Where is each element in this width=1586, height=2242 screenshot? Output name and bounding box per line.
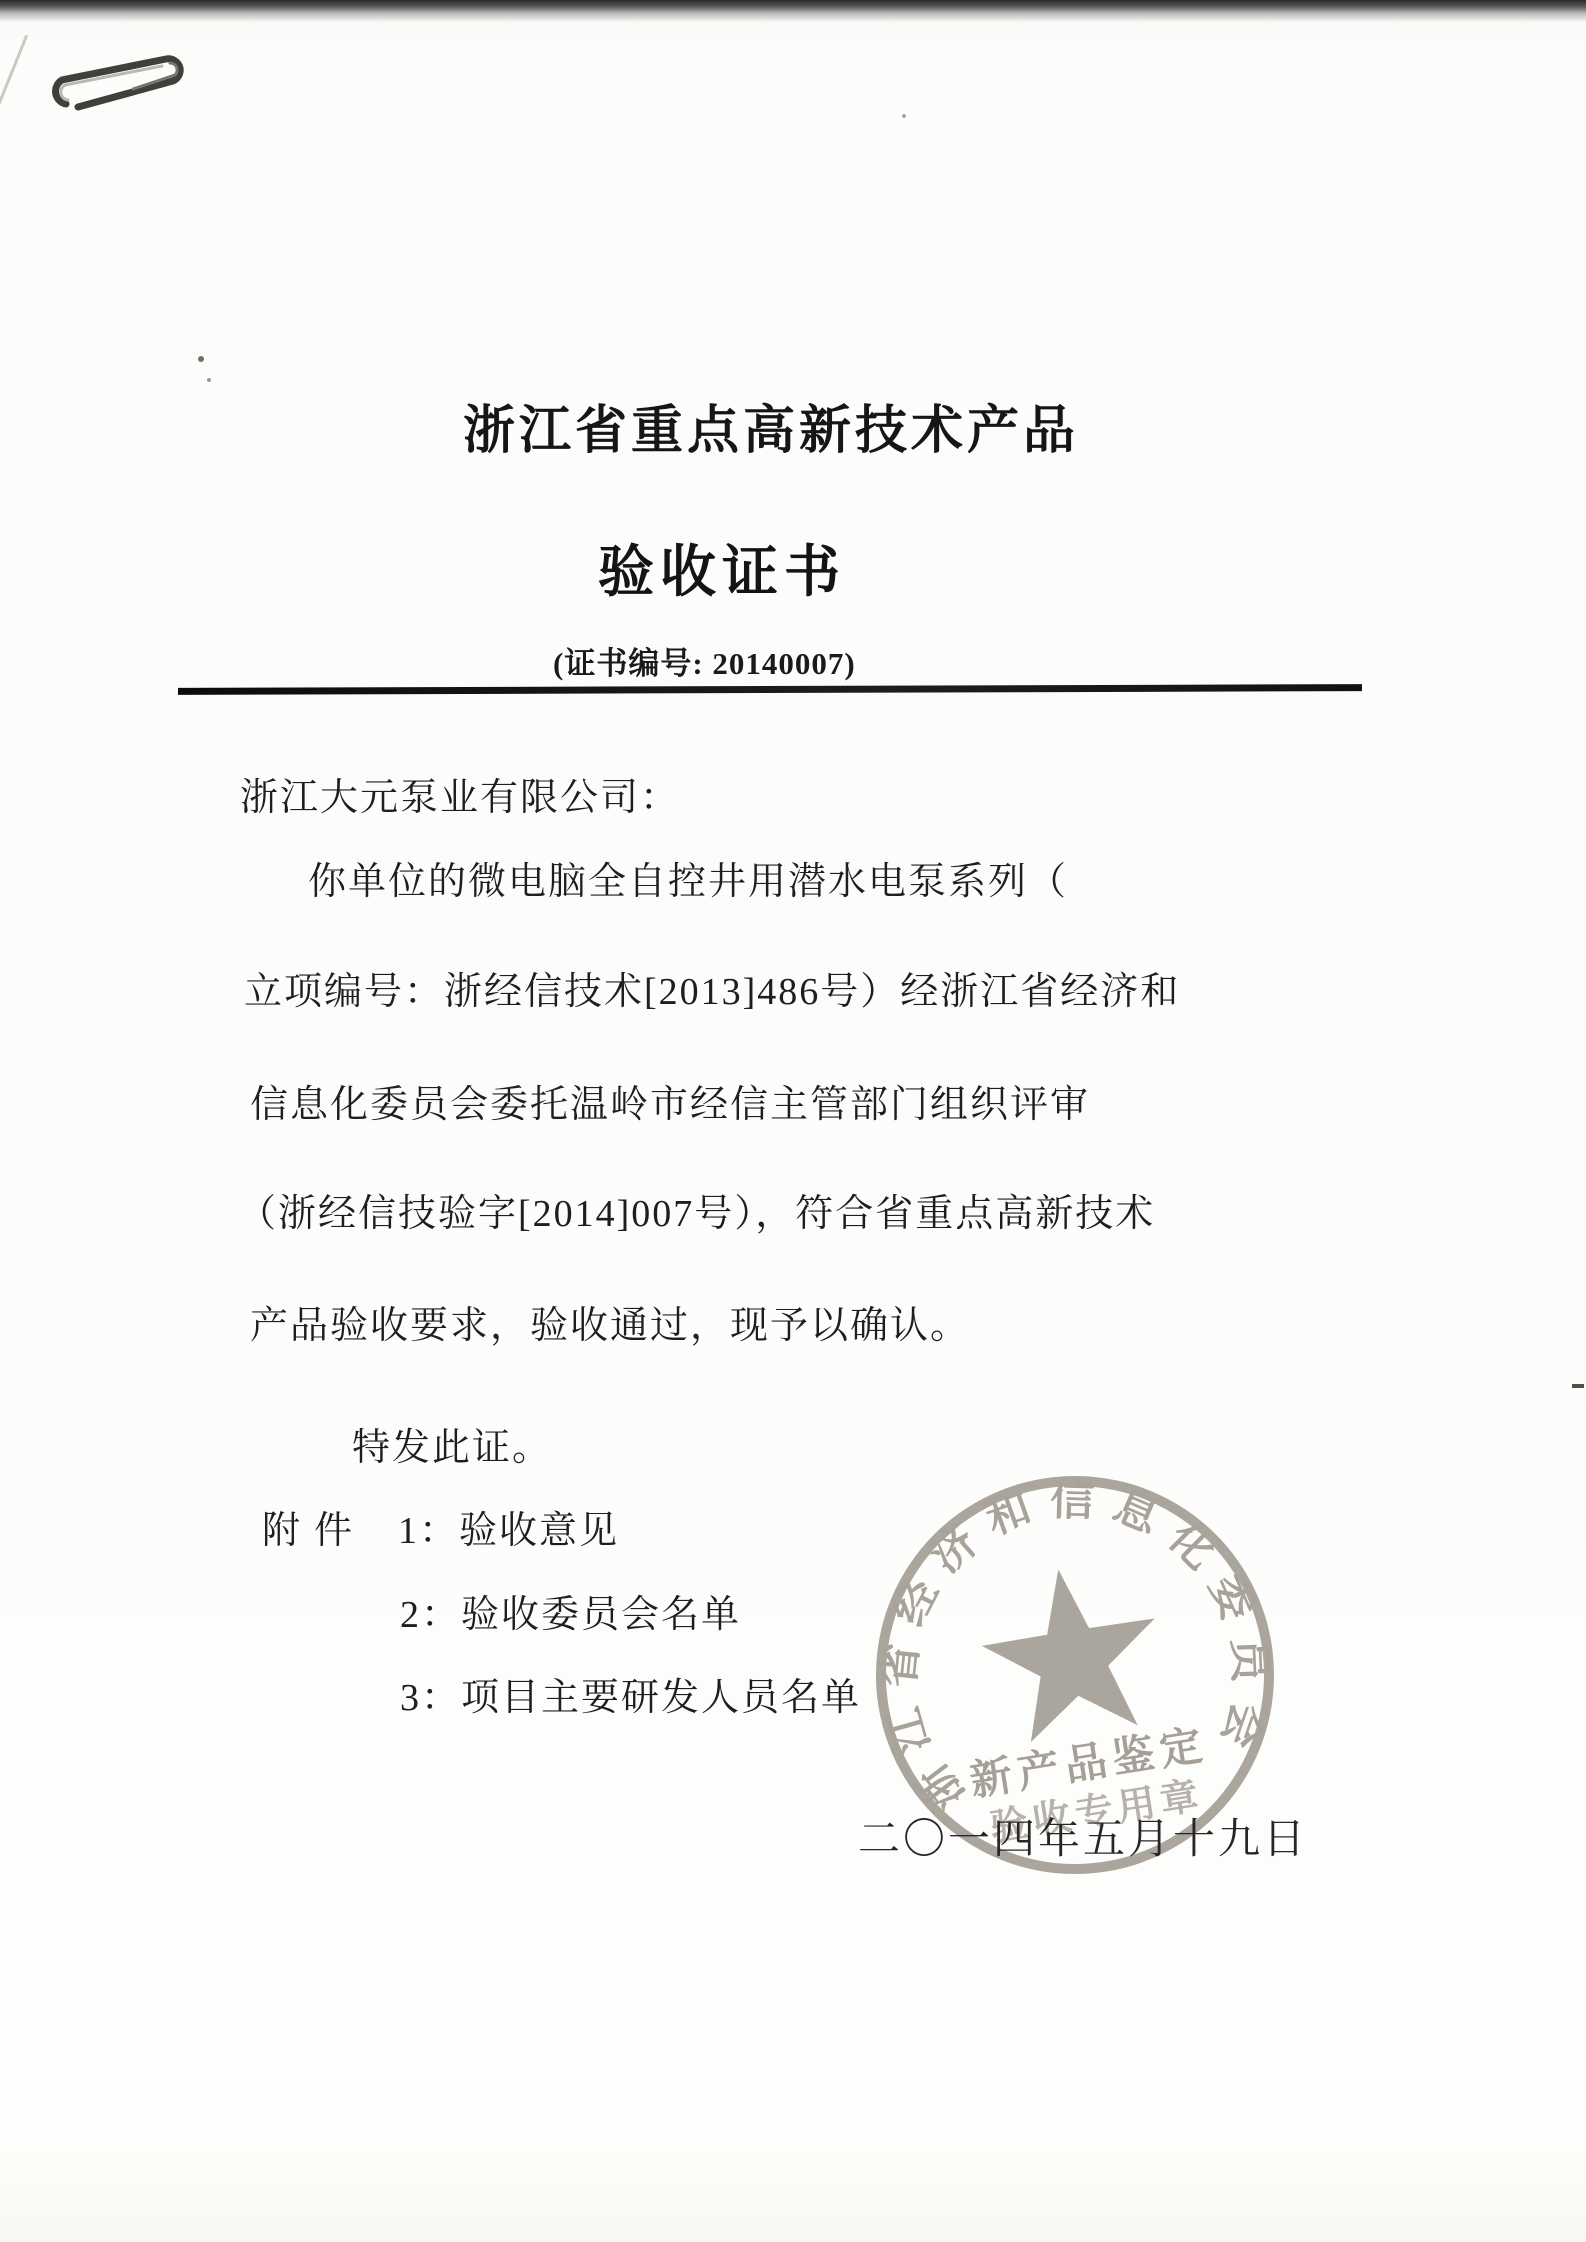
attachment-item: 2：验收委员会名单: [400, 1583, 741, 1638]
certificate-page: 浙江省重点高新技术产品 验收证书 (证书编号: 20140007) 浙江大元泵业…: [0, 0, 1586, 2242]
scan-corner-artifact: [0, 35, 28, 121]
body-line: 你单位的微电脑全自控井用潜水电泵系列（: [308, 850, 1068, 905]
attachment-item: 1：验收意见: [398, 1499, 619, 1554]
paperclip-icon: [38, 26, 218, 136]
document-subtitle: 验收证书: [598, 528, 846, 608]
issue-date: 二〇一四年五月十九日: [858, 1806, 1308, 1866]
recipient-company: 浙江大元泵业有限公司：: [240, 766, 680, 821]
seal-star-icon: [972, 1556, 1171, 1748]
body-line: 产品验收要求，验收通过，现予以确认。: [250, 1294, 970, 1349]
closing-line: 特发此证。: [352, 1416, 552, 1471]
scan-dot-artifact: [902, 114, 906, 118]
attachment-item: 3：项目主要研发人员名单: [400, 1666, 861, 1721]
scan-top-edge-shadow: [0, 0, 1586, 22]
scan-dot-artifact: [198, 356, 204, 362]
body-line: 信息化委员会委托温岭市经信主管部门组织评审: [250, 1073, 1090, 1128]
scan-dot-artifact: [207, 378, 211, 382]
attachments-label: 附件: [262, 1499, 366, 1554]
header-divider-rule: [178, 684, 1362, 695]
scan-edge-mark: [1572, 1384, 1584, 1388]
body-line: 立项编号：浙经信技术[2013]486号）经浙江省经济和: [244, 960, 1180, 1015]
body-line: （浙经信技验字[2014]007号），符合省重点高新技术: [238, 1182, 1155, 1237]
document-title: 浙江省重点高新技术产品: [463, 388, 1079, 463]
certificate-number: (证书编号: 20140007): [553, 638, 856, 683]
